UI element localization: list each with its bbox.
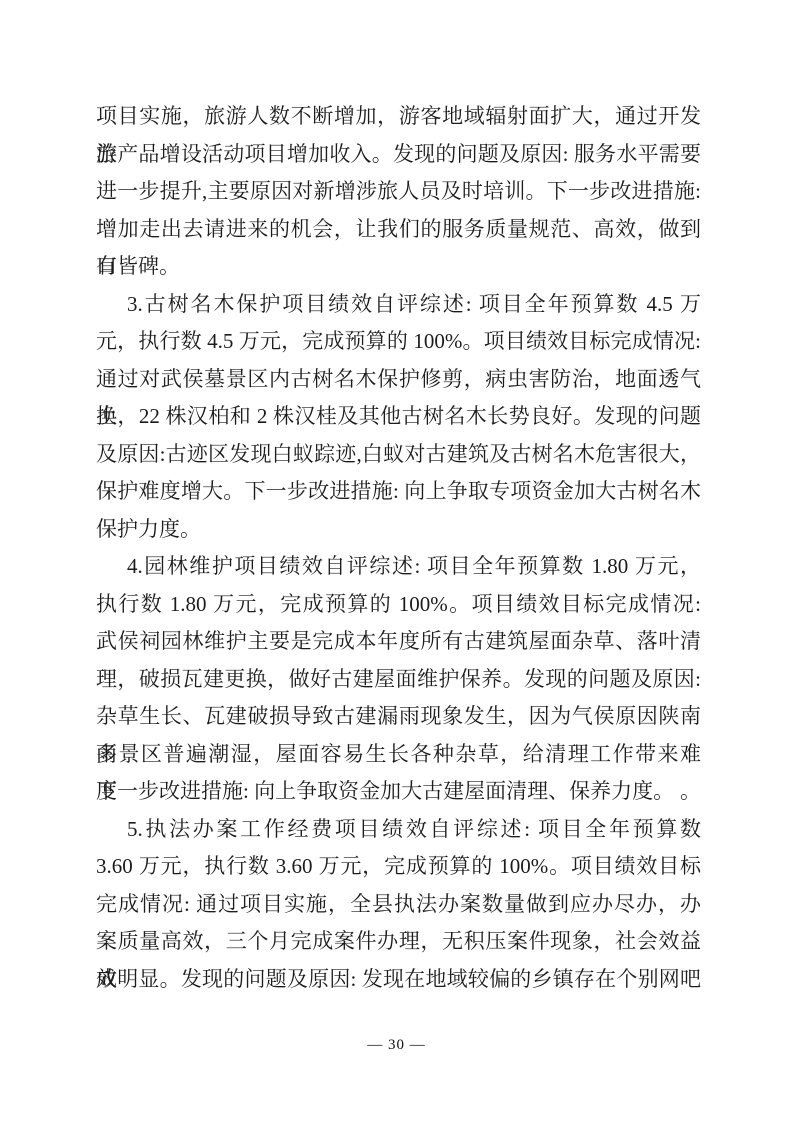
text-line: 雨景区普遍潮湿，屋面容易生长各种杂草，给清理工作带来难度。 <box>96 736 701 774</box>
text-line: 保护难度增大。下一步改进措施: 向上争取专项资金加大古树名木 <box>96 473 701 511</box>
text-line: 进一步提升,主要原因对新增涉旅人员及时培训。下一步改进措施: <box>96 173 701 211</box>
text-line: 游产品增设活动项目增加收入。发现的问题及原因: 服务水平需要 <box>96 136 701 174</box>
text-line: 理，破损瓦建更换，做好古建屋面维护保养。发现的问题及原因: <box>96 661 701 699</box>
text-line: 下一步改进措施: 向上争取资金加大古建屋面清理、保养力度。 <box>96 773 701 811</box>
page-footer: — 30 — <box>0 1036 793 1054</box>
text-line: 3.古树名木保护项目绩效自评综述: 项目全年预算数 4.5 万 <box>96 286 701 324</box>
document-page: 项目实施，旅游人数不断增加，游客地域辐射面扩大，通过开发旅游产品增设活动项目增加… <box>0 0 793 1122</box>
text-line: 杂草生长、瓦建破损导致古建漏雨现象发生，因为气侯原因陕南多 <box>96 698 701 736</box>
text-line: 5.执法办案工作经费项目绩效自评综述: 项目全年预算数 <box>96 811 701 849</box>
text-line: 武侯祠园林维护主要是完成本年度所有古建筑屋面杂草、落叶清 <box>96 623 701 661</box>
text-line: 3.60 万元，执行数 3.60 万元，完成预算的 100%。项目绩效目标 <box>96 848 701 886</box>
text-line: 及原因:古迹区发现白蚁踪迹,白蚁对古建筑及古树名木危害很大， <box>96 436 701 474</box>
text-line: 案质量高效，三个月完成案件办理，无积压案件现象，社会效益成 <box>96 923 701 961</box>
text-line: 土，22 株汉柏和 2 株汉桂及其他古树名木长势良好。发现的问题 <box>96 398 701 436</box>
text-line: 保护力度。 <box>96 511 701 549</box>
text-line: 执行数 1.80 万元，完成预算的 100%。项目绩效目标完成情况: <box>96 586 701 624</box>
text-line: 口皆碑。 <box>96 248 701 286</box>
text-line: 增加走出去请进来的机会，让我们的服务质量规范、高效，做到有 <box>96 211 701 249</box>
text-line: 效明显。发现的问题及原因: 发现在地域较偏的乡镇存在个别网吧 <box>96 961 701 999</box>
text-line: 项目实施，旅游人数不断增加，游客地域辐射面扩大，通过开发旅 <box>96 98 701 136</box>
document-body: 项目实施，旅游人数不断增加，游客地域辐射面扩大，通过开发旅游产品增设活动项目增加… <box>96 98 701 998</box>
text-line: 完成情况: 通过项目实施，全县执法办案数量做到应办尽办，办 <box>96 886 701 924</box>
page-number: — 30 — <box>367 1037 426 1053</box>
text-line: 元，执行数 4.5 万元，完成预算的 100%。项目绩效目标完成情况: <box>96 323 701 361</box>
text-line: 通过对武侯墓景区内古树名木保护修剪，病虫害防治，地面透气换 <box>96 361 701 399</box>
text-line: 4.园林维护项目绩效自评综述: 项目全年预算数 1.80 万元， <box>96 548 701 586</box>
